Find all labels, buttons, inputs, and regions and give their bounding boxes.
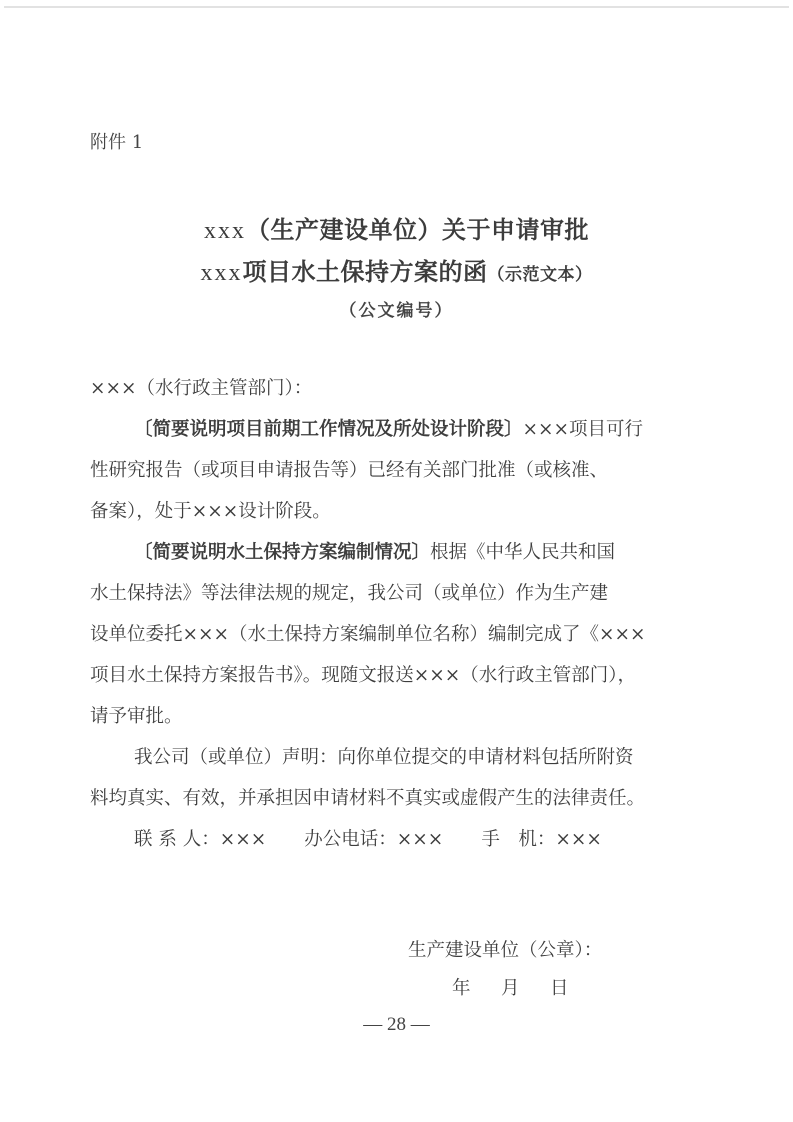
paragraph-text: 根据《中华人民共和国 — [430, 542, 615, 563]
paragraph-2-line: 水土保持法》等法律法规的规定，我公司（或单位）作为生产建 — [90, 573, 710, 614]
salutation: ×××（水行政主管部门）： — [90, 368, 710, 409]
office-phone-label: 办公电话： — [304, 829, 397, 850]
paragraph-3-line: 料均真实、有效，并承担因申请材料不真实或虚假产生的法律责任。 — [90, 778, 710, 819]
paragraph-2-line: 项目水土保持方案报告书》。现随文报送×××（水行政主管部门）， — [90, 655, 710, 696]
paragraph-2-line: 请予审批。 — [90, 696, 710, 737]
office-phone-value: ××× — [397, 829, 444, 850]
contact-person-value: ××× — [220, 829, 267, 850]
signature-date: 年 月 日 — [452, 974, 575, 1000]
title-placeholder: xxx — [204, 218, 246, 244]
paragraph-1-line: 性研究报告（或项目申请报告等）已经有关部门批准（或核准、 — [90, 450, 710, 491]
paragraph-2-line: 〔简要说明水土保持方案编制情况〕根据《中华人民共和国 — [90, 532, 710, 573]
page-number: — 28 — — [0, 1014, 793, 1036]
title-note: （示范文本） — [488, 265, 593, 285]
paragraph-2-line: 设单位委托×××（水土保持方案编制单位名称）编制完成了《××× — [90, 614, 710, 655]
attachment-label: 附件 1 — [90, 128, 143, 154]
document-number: （公文编号） — [0, 296, 793, 321]
paragraph-3-line: 我公司（或单位）声明：向你单位提交的申请材料包括所附资 — [90, 737, 710, 778]
page-top-border — [4, 6, 789, 8]
contact-person-label: 联 系 人： — [134, 829, 220, 850]
title-text: （生产建设单位）关于申请审批 — [246, 215, 589, 244]
document-title-line1: xxx（生产建设单位）关于申请审批 — [0, 210, 793, 245]
document-title-line2: xxx项目水土保持方案的函（示范文本） — [0, 252, 793, 287]
paragraph-1-line: 备案），处于×××设计阶段。 — [90, 491, 710, 532]
contact-line: 联 系 人：×××办公电话：×××手 机：××× — [90, 819, 710, 860]
title-placeholder: xxx — [201, 260, 243, 286]
signature-unit: 生产建设单位（公章）： — [408, 936, 602, 962]
paragraph-text: ×××项目可行 — [523, 419, 644, 440]
mobile-label: 手 机： — [481, 829, 555, 850]
instruction-bracket: 〔简要说明项目前期工作情况及所处设计阶段〕 — [134, 419, 523, 440]
title-text: 项目水土保持方案的函 — [243, 257, 488, 286]
paragraph-1-line: 〔简要说明项目前期工作情况及所处设计阶段〕×××项目可行 — [90, 409, 710, 450]
mobile-value: ××× — [555, 829, 602, 850]
instruction-bracket: 〔简要说明水土保持方案编制情况〕 — [134, 542, 430, 563]
letter-body: ×××（水行政主管部门）： 〔简要说明项目前期工作情况及所处设计阶段〕×××项目… — [90, 368, 710, 860]
